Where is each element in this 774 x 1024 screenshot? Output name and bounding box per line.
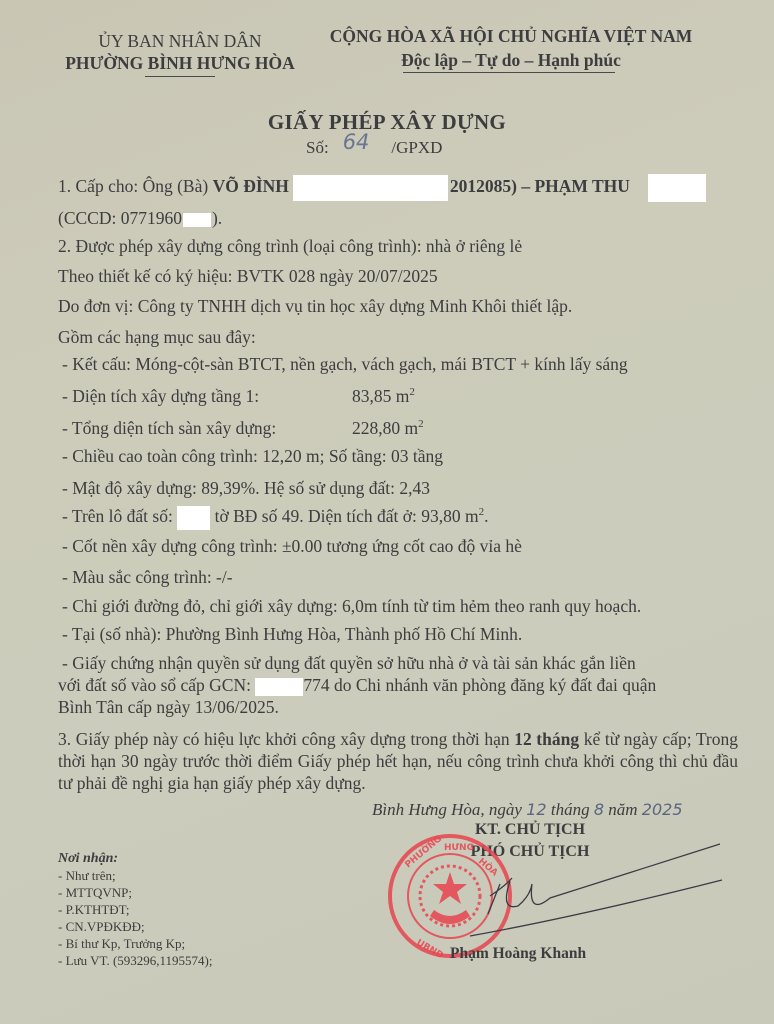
national-motto: CỘNG HÒA XÃ HỘI CHỦ NGHĨA VIỆT NAM Độc l… [318, 24, 704, 72]
issued-to-label: 1. Cấp cho: Ông (Bà) [58, 176, 213, 196]
country-name: CỘNG HÒA XÃ HỘI CHỦ NGHĨA VIỆT NAM [318, 24, 704, 48]
handwritten-day: 12 [526, 800, 546, 819]
authority-line2: PHƯỜNG BÌNH HƯNG HÒA [60, 52, 300, 74]
number-label: Số: [306, 138, 329, 157]
section1-cccd: (CCCD: 0771960). [58, 208, 222, 229]
recipient-item: - Như trên; [58, 867, 212, 884]
recipient-item: - Bí thư Kp, Trưởng Kp; [58, 935, 212, 952]
design-reference: Theo thiết kế có ký hiệu: BVTK 028 ngày … [58, 266, 438, 287]
recipients: Nơi nhận: - Như trên; - MTTQVNP; - P.KTH… [58, 850, 212, 969]
number-handwritten: 64 [343, 130, 370, 154]
place-date: Bình Hưng Hòa, ngày 12 tháng 8 năm 2025 [372, 800, 683, 820]
item-location: - Tại (số nhà): Phường Bình Hưng Hòa, Th… [62, 624, 522, 645]
issuing-authority: ỦY BAN NHÂN DÂN PHƯỜNG BÌNH HƯNG HÒA [60, 30, 300, 74]
item-total-floor-area: - Tổng diện tích sàn xây dựng: 228,80 m2 [62, 418, 662, 439]
document-number: Số:64/GPXD [306, 134, 442, 158]
owner-name-1: VÕ ĐÌNH [213, 176, 289, 196]
item-certificate-line3: Bình Tân cấp ngày 13/06/2025. [58, 697, 279, 718]
item-height-floors: - Chiều cao toàn công trình: 12,20 m; Số… [62, 446, 443, 467]
validity-clause: 3. Giấy phép này có hiệu lực khởi công x… [58, 728, 738, 794]
cccd-prefix: (CCCD: 0771960 [58, 208, 182, 228]
item-certificate-line1: - Giấy chứng nhận quyền sử dụng đất quyề… [62, 653, 636, 674]
authority-underline [145, 76, 215, 77]
design-unit: Do đơn vị: Công ty TNHH dịch vụ tin học … [58, 296, 572, 317]
item-color: - Màu sắc công trình: -/- [62, 567, 233, 588]
redacted-block [648, 174, 706, 202]
item-density: - Mật độ xây dựng: 89,39%. Hệ số sử dụng… [62, 478, 430, 499]
recipient-item: - MTTQVNP; [58, 884, 212, 901]
motto: Độc lập – Tự do – Hạnh phúc [318, 48, 704, 72]
motto-underline [403, 72, 615, 73]
recipient-item: - CN.VPĐKĐĐ; [58, 918, 212, 935]
item-foundation-level: - Cốt nền xây dựng công trình: ±0.00 tươ… [62, 536, 522, 557]
item-value: 83,85 m2 [352, 386, 415, 407]
recipients-heading: Nơi nhận: [58, 850, 212, 867]
item-value: 228,80 m2 [352, 418, 424, 439]
item-structure: - Kết cấu: Móng-cột-sàn BTCT, nền gạch, … [62, 354, 628, 375]
signature-icon [460, 836, 740, 946]
item-certificate-line2: với đất số vào sổ cấp GCN: 774 do Chi nh… [58, 675, 656, 696]
item-label: - Tổng diện tích sàn xây dựng: [62, 418, 276, 438]
handwritten-month: 8 [594, 800, 604, 819]
redacted-block [177, 506, 210, 530]
cccd-suffix: ). [212, 208, 222, 228]
redacted-block [183, 213, 211, 227]
item-ground-floor-area: - Diện tích xây dựng tầng 1: 83,85 m2 [62, 386, 662, 407]
signer-name: Phạm Hoàng Khanh [450, 945, 586, 963]
authority-line1: ỦY BAN NHÂN DÂN [60, 30, 300, 52]
redacted-block [255, 678, 303, 696]
owner-id-tail: 2012085) – PHẠM THU [450, 176, 630, 196]
item-boundary: - Chỉ giới đường đỏ, chỉ giới xây dựng: … [62, 596, 641, 617]
recipient-item: - Lưu VT. (593296,1195574); [58, 952, 212, 969]
section2-line1: 2. Được phép xây dựng công trình (loại c… [58, 236, 522, 257]
redacted-block [293, 175, 448, 201]
svg-text:UBND: UBND [415, 938, 445, 960]
document-title: GIẤY PHÉP XÂY DỰNG [0, 110, 774, 135]
recipient-item: - P.KTHTĐT; [58, 901, 212, 918]
items-intro: Gồm các hạng mục sau đây: [58, 327, 256, 348]
validity-period: 12 tháng [514, 729, 579, 749]
number-suffix: /GPXD [391, 138, 442, 157]
handwritten-year: 2025 [642, 800, 683, 819]
item-land-lot: - Trên lô đất số: tờ BĐ số 49. Diện tích… [62, 506, 488, 530]
section1-line1: 1. Cấp cho: Ông (Bà) VÕ ĐÌNH2012085) – P… [58, 174, 706, 202]
item-label: - Diện tích xây dựng tầng 1: [62, 386, 259, 406]
